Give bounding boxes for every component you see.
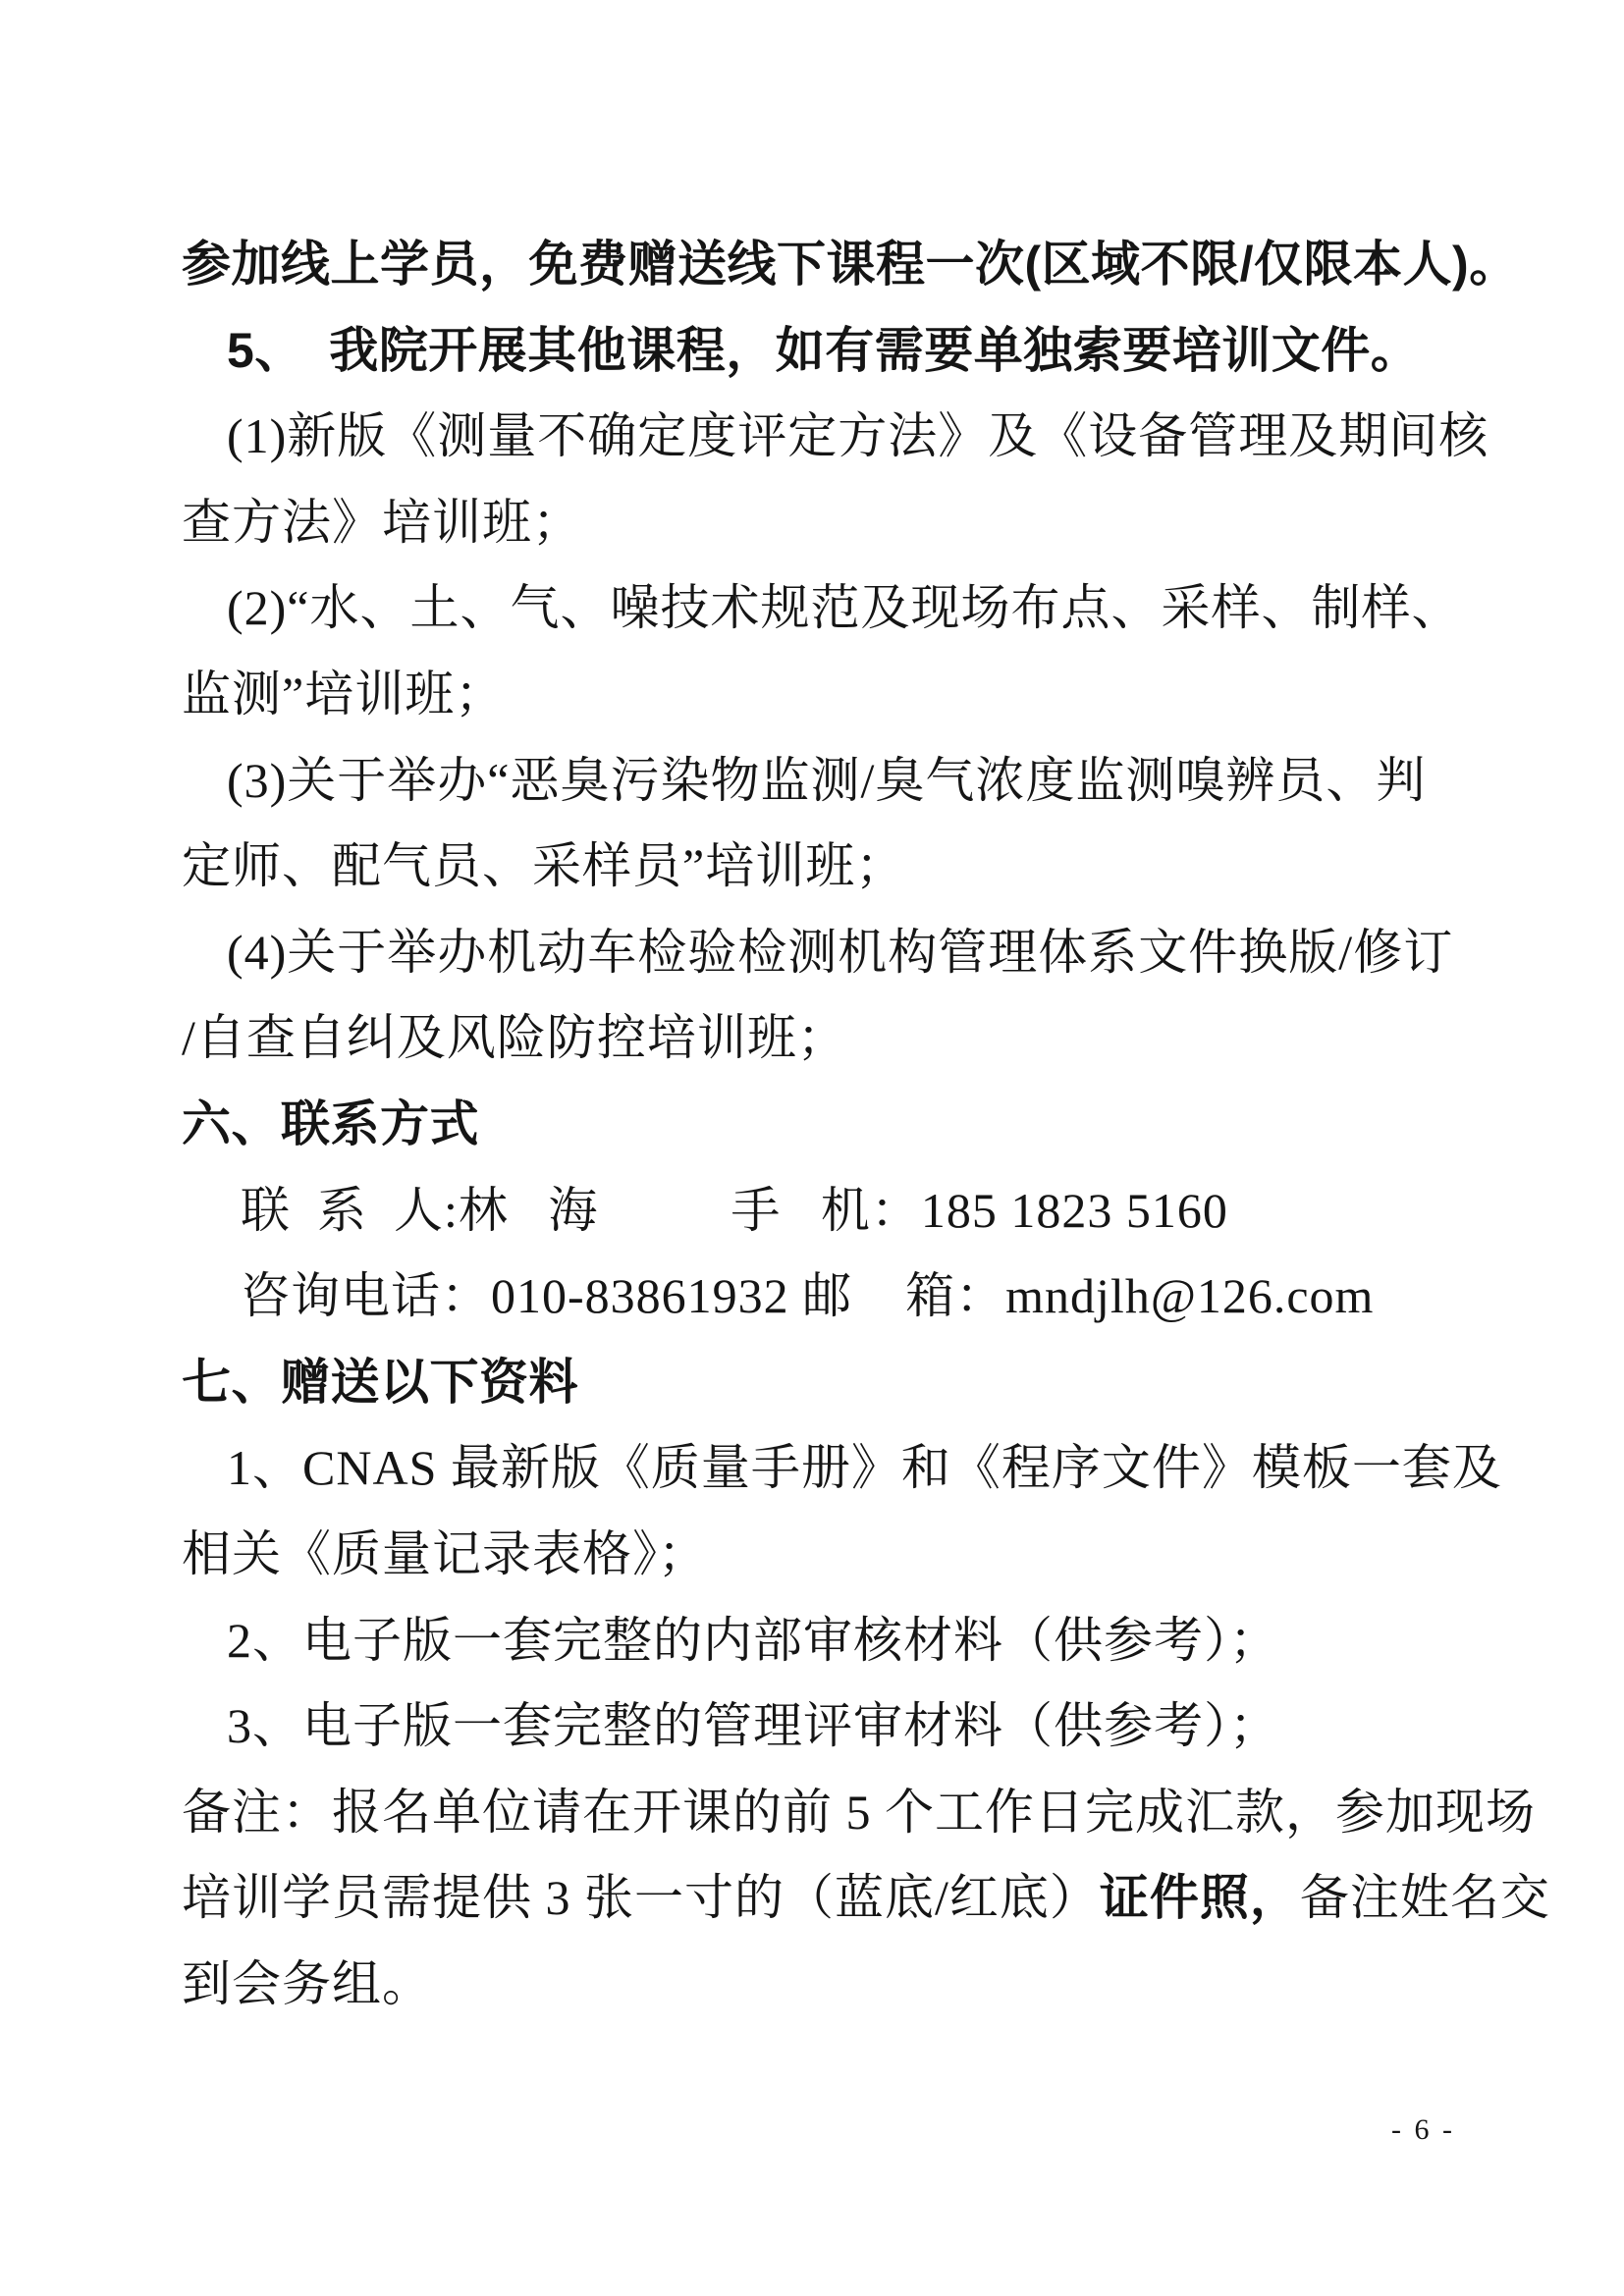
course-3-line-1: (3)关于举办“恶臭污染物监测/臭气浓度监测嗅辨员、判 [182,738,1488,825]
course-4-line-1: (4)关于举办机动车检验检测机构管理体系文件换版/修订 [182,910,1488,996]
course-4-line-2: /自查自纠及风险防控培训班； [182,995,1488,1082]
remark-line-3: 到会务组。 [182,1942,1488,2028]
course-2-line-1: (2)“水、土、气、噪技术规范及现场布点、采样、制样、 [182,565,1488,652]
course-1-line-2: 查方法》培训班； [182,480,1488,566]
remark-line-2-post: 备注姓名交 [1300,1870,1550,1925]
remark-line-2: 培训学员需提供 3 张一寸的（蓝底/红底）证件照，备注姓名交 [182,1855,1488,1942]
course-1-line-1: (1)新版《测量不确定度评定方法》及《设备管理及期间核 [182,394,1488,480]
material-1-line-1: 1、CNAS 最新版《质量手册》和《程序文件》模板一套及 [182,1425,1488,1512]
section-6-heading: 六、联系方式 [182,1082,1488,1168]
material-2-line: 2、电子版一套完整的内部审核材料（供参考）； [182,1598,1488,1684]
item-5-other-courses: 5、 我院开展其他课程，如有需要单独索要培训文件。 [182,308,1488,395]
remark-line-1: 备注：报名单位请在开课的前 5 个工作日完成汇款，参加现场 [182,1770,1488,1856]
consult-phone-email-line: 咨询电话：010-83861932 邮 箱：mndjlh@126.com [182,1254,1488,1340]
contact-person-phone-line: 联 系 人:林 海 手 机：185 1823 5160 [182,1168,1488,1255]
intro-line: 参加线上学员，免费赠送线下课程一次(区域不限/仅限本人)。 [182,222,1488,308]
document-body: 参加线上学员，免费赠送线下课程一次(区域不限/仅限本人)。 5、 我院开展其他课… [182,222,1488,2027]
remark-id-photo-bold: 证件照， [1100,1870,1300,1925]
material-1-line-2: 相关《质量记录表格》； [182,1512,1488,1598]
section-7-heading: 七、赠送以下资料 [182,1340,1488,1426]
remark-line-2-pre: 培训学员需提供 3 张一寸的（蓝底/红底） [182,1870,1100,1925]
material-3-line: 3、电子版一套完整的管理评审材料（供参考）； [182,1683,1488,1770]
course-2-line-2: 监测”培训班； [182,652,1488,738]
document-page: 参加线上学员，免费赠送线下课程一次(区域不限/仅限本人)。 5、 我院开展其他课… [0,0,1624,2296]
course-3-line-2: 定师、配气员、采样员”培训班； [182,824,1488,910]
page-number: - 6 - [1391,2112,1455,2148]
